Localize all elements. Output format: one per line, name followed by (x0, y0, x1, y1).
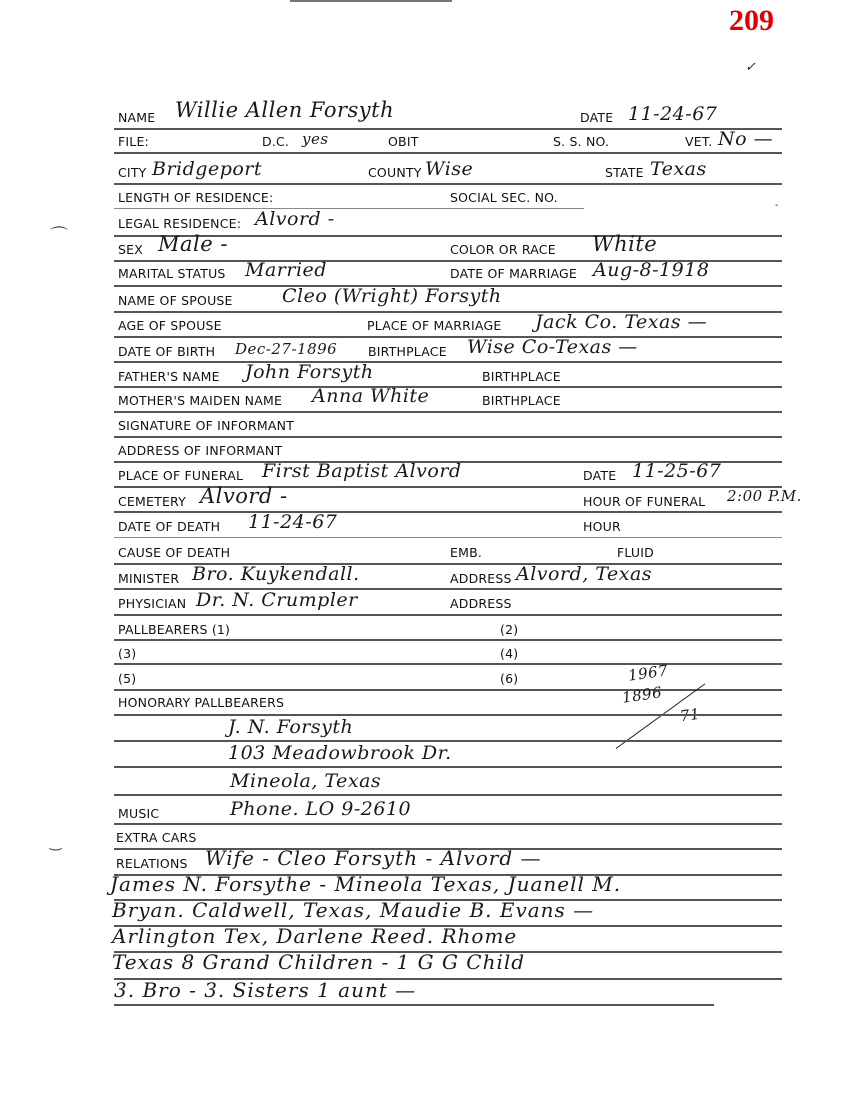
label-dc: D.C. (262, 134, 289, 149)
label-place-of-marriage: PLACE OF MARRIAGE (367, 318, 501, 333)
top-edge-rule (290, 0, 452, 2)
rule-line (114, 411, 782, 413)
label-relations: RELATIONS (116, 856, 188, 871)
label-date-of-marriage: DATE OF MARRIAGE (450, 266, 577, 281)
label-date: DATE (580, 110, 613, 125)
label-sex: SEX (118, 242, 143, 257)
label-length-of-residence: LENGTH OF RESIDENCE: (118, 190, 273, 205)
value-relations-line-5: Texas 8 Grand Children - 1 G G Child (112, 950, 525, 974)
value-honorary-line-1: J. N. Forsyth (228, 716, 353, 738)
label-physician: PHYSICIAN (118, 596, 186, 611)
rule-line (114, 639, 782, 641)
value-physician: Dr. N. Crumpler (196, 589, 358, 611)
rule-line (114, 183, 782, 185)
label-file: FILE: (118, 134, 149, 149)
value-minister-address: Alvord, Texas (516, 563, 652, 585)
label-name: NAME (118, 110, 155, 125)
label-pallbearer-3: (3) (118, 646, 136, 661)
margin-calc-2: 1896 (621, 683, 663, 706)
label-pallbearer-4: (4) (500, 646, 518, 661)
rule-line (114, 663, 782, 665)
label-honorary-pallbearers: HONORARY PALLBEARERS (118, 695, 284, 710)
label-name-of-spouse: NAME OF SPOUSE (118, 293, 233, 308)
label-signature-of-informant: SIGNATURE OF INFORMANT (118, 418, 294, 433)
rule-line (114, 537, 782, 538)
label-social-sec-no: SOCIAL SEC. NO. (450, 190, 558, 205)
rule-line (114, 128, 782, 130)
rule-line (114, 794, 782, 796)
margin-calc-1: 1967 (627, 661, 669, 684)
value-color-or-race: White (592, 232, 657, 256)
value-name-of-spouse: Cleo (Wright) Forsyth (282, 285, 502, 307)
value-dc: yes (302, 130, 329, 148)
label-marital-status: MARITAL STATUS (118, 266, 226, 281)
value-relations-line-2: James N. Forsythe - Mineola Texas, Juane… (110, 872, 621, 896)
value-relations-line-4: Arlington Tex, Darlene Reed. Rhome (112, 924, 517, 948)
value-county: Wise (425, 158, 473, 180)
label-music: MUSIC (118, 806, 159, 821)
label-ssno: S. S. NO. (553, 134, 609, 149)
value-name: Willie Allen Forsyth (175, 98, 394, 122)
label-extra-cars: EXTRA CARS (116, 830, 196, 845)
rule-line (114, 511, 782, 513)
rule-line (114, 614, 782, 616)
label-birthplace: BIRTHPLACE (368, 344, 447, 359)
value-minister: Bro. Kuykendall. (192, 563, 360, 585)
label-minister-address: ADDRESS (450, 571, 512, 586)
label-vet: VET. (685, 134, 712, 149)
value-funeral-date: 11-25-67 (632, 460, 721, 482)
label-color-or-race: COLOR OR RACE (450, 242, 556, 257)
rule-line (114, 208, 584, 209)
value-relations-line-1: Wife - Cleo Forsyth - Alvord — (205, 846, 541, 870)
label-legal-residence: LEGAL RESIDENCE: (118, 216, 241, 231)
label-emb: EMB. (450, 545, 482, 560)
margin-tick-icon: ‿ (50, 835, 61, 851)
value-relations-line-6: 3. Bro - 3. Sisters 1 aunt — (114, 978, 416, 1002)
value-honorary-line-3: Mineola, Texas (230, 770, 381, 792)
check-mark-icon: ✓ (745, 60, 756, 75)
value-music: Phone. LO 9-2610 (230, 798, 411, 820)
value-mothers-maiden-name: Anna White (312, 385, 429, 407)
rule-line (114, 386, 782, 388)
rule-line (114, 689, 782, 691)
value-vet: No — (718, 128, 773, 150)
label-father-birthplace: BIRTHPLACE (482, 369, 561, 384)
label-county: COUNTY (368, 165, 422, 180)
label-minister: MINISTER (118, 571, 179, 586)
value-place-of-funeral: First Baptist Alvord (262, 460, 462, 482)
label-fluid: FLUID (617, 545, 654, 560)
value-birthplace: Wise Co-Texas — (467, 336, 638, 358)
label-age-of-spouse: AGE OF SPOUSE (118, 318, 222, 333)
rule-line (114, 361, 782, 363)
value-fathers-name: John Forsyth (245, 361, 374, 383)
label-physician-address: ADDRESS (450, 596, 512, 611)
page-number: 209 (729, 4, 774, 38)
label-date-of-birth: DATE OF BIRTH (118, 344, 215, 359)
label-date-of-death: DATE OF DEATH (118, 519, 220, 534)
rule-line (114, 1004, 714, 1006)
rule-line (114, 336, 782, 338)
label-mothers-maiden-name: MOTHER'S MAIDEN NAME (118, 393, 282, 408)
label-hour-of-funeral: HOUR OF FUNERAL (583, 494, 705, 509)
value-legal-residence: Alvord - (255, 208, 335, 230)
label-cemetery: CEMETERY (118, 494, 186, 509)
value-city: Bridgeport (152, 158, 262, 180)
value-state: Texas (650, 158, 707, 180)
label-hour: HOUR (583, 519, 621, 534)
label-pallbearer-6: (6) (500, 671, 518, 686)
margin-dot: - (775, 200, 778, 211)
value-honorary-line-2: 103 Meadowbrook Dr. (228, 742, 452, 764)
rule-line (114, 714, 782, 716)
label-address-of-informant: ADDRESS OF INFORMANT (118, 443, 282, 458)
label-funeral-date: DATE (583, 468, 616, 483)
rule-line (114, 766, 782, 768)
value-marital-status: Married (245, 259, 327, 281)
rule-line (114, 152, 782, 154)
value-relations-line-3: Bryan. Caldwell, Texas, Maudie B. Evans … (112, 898, 594, 922)
value-date-of-birth: Dec-27-1896 (235, 340, 337, 358)
label-cause-of-death: CAUSE OF DEATH (118, 545, 230, 560)
value-sex: Male - (158, 232, 228, 256)
value-date: 11-24-67 (628, 103, 717, 125)
label-fathers-name: FATHER'S NAME (118, 369, 220, 384)
label-mother-birthplace: BIRTHPLACE (482, 393, 561, 408)
value-hour-of-funeral: 2:00 P.M. (727, 487, 802, 505)
margin-tick-icon: ⌒ (50, 222, 68, 248)
label-state: STATE (605, 165, 644, 180)
value-cemetery: Alvord - (200, 484, 288, 508)
label-pallbearer-5: (5) (118, 671, 136, 686)
label-pallbearers: PALLBEARERS (1) (118, 622, 230, 637)
value-date-of-marriage: Aug-8-1918 (593, 259, 709, 281)
label-place-of-funeral: PLACE OF FUNERAL (118, 468, 243, 483)
value-date-of-death: 11-24-67 (248, 511, 337, 533)
label-city: CITY (118, 165, 147, 180)
value-place-of-marriage: Jack Co. Texas — (535, 311, 707, 333)
label-pallbearer-2: (2) (500, 622, 518, 637)
label-obit: OBIT (388, 134, 419, 149)
rule-line (114, 823, 782, 825)
rule-line (114, 436, 782, 438)
